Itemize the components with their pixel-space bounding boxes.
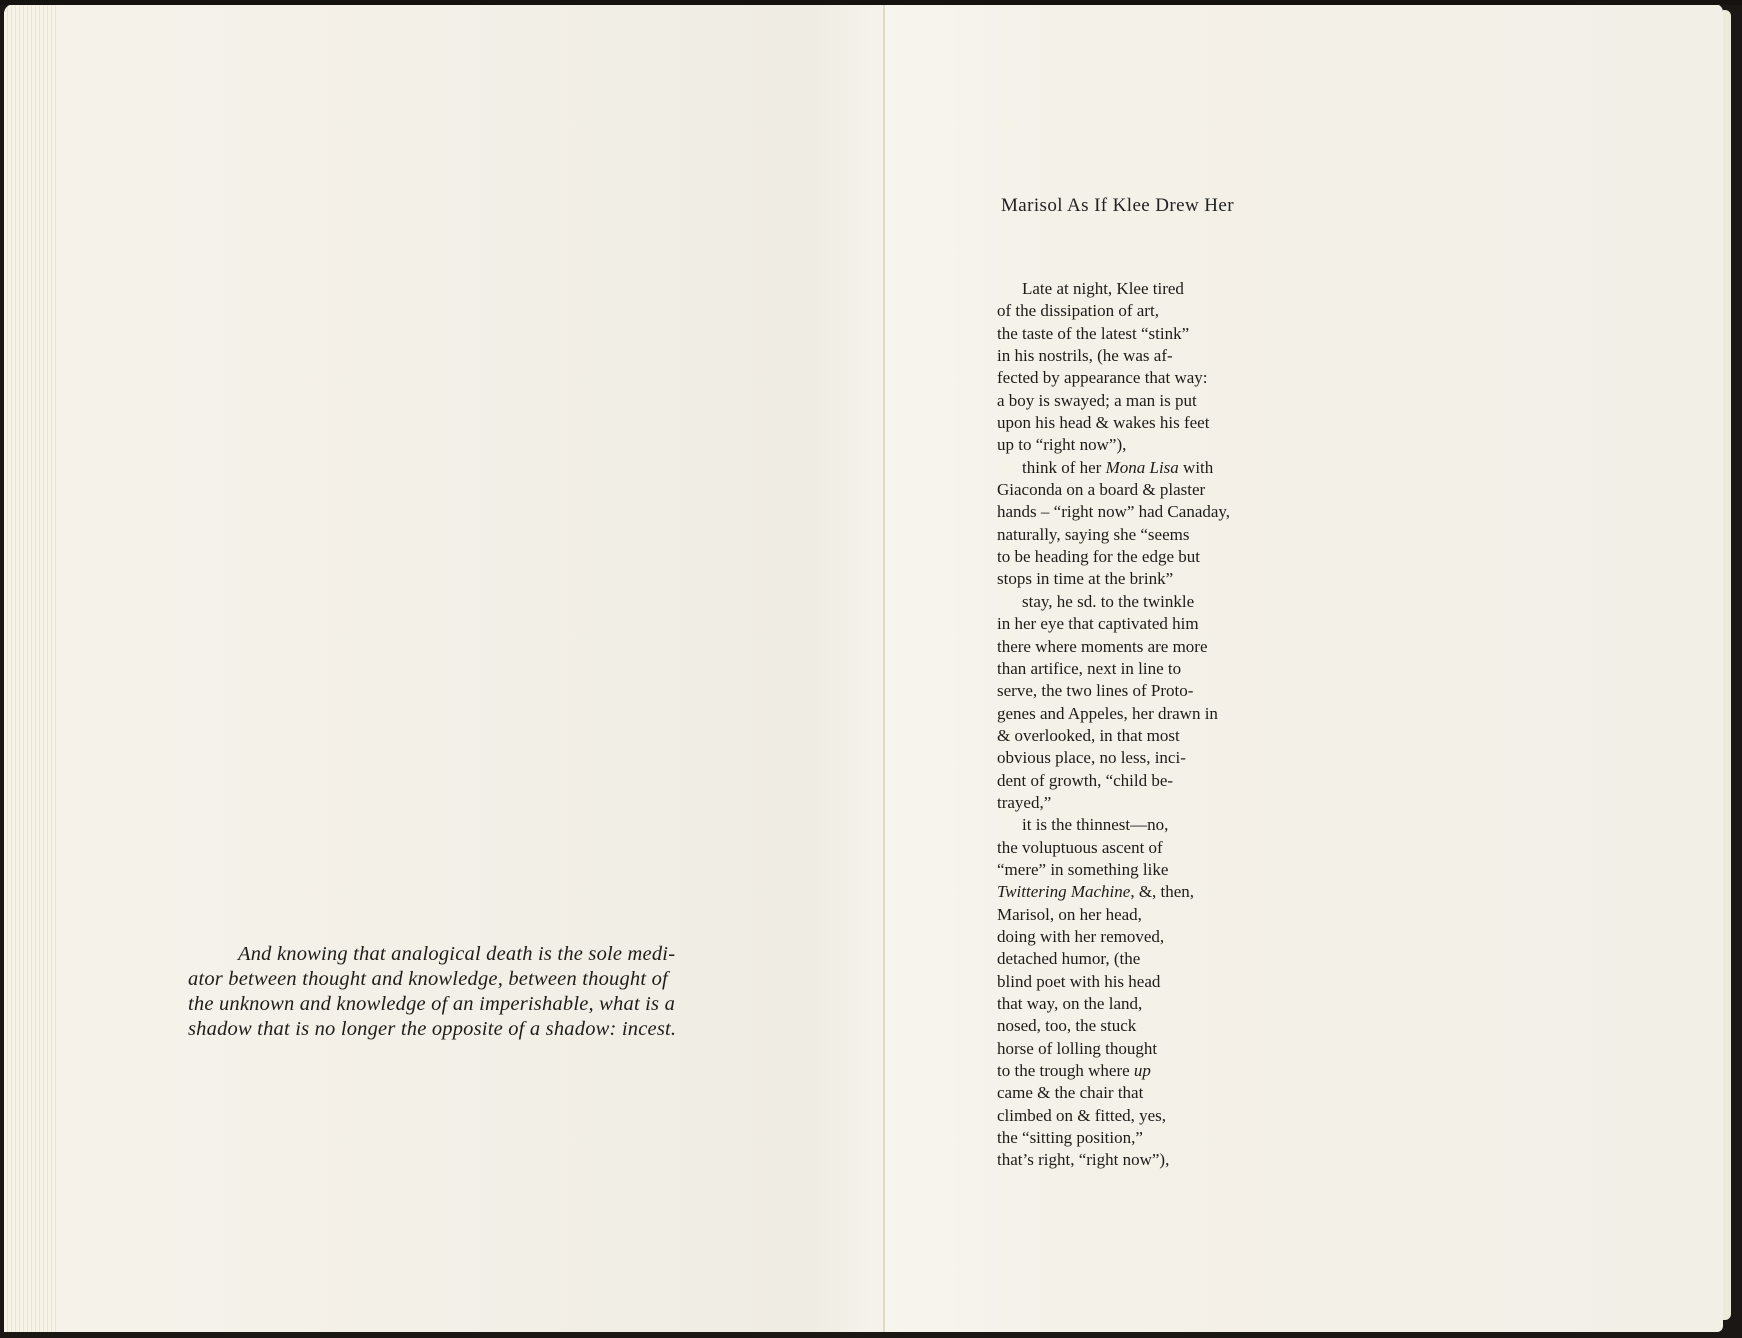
book-gutter — [883, 4, 885, 1332]
poem-line: detached humor, (the — [997, 948, 1317, 970]
poem-line: naturally, saying she “seems — [997, 524, 1317, 546]
poem-line: dent of growth, “child be- — [997, 770, 1317, 792]
poem-line: think of her Mona Lisa with — [997, 457, 1317, 479]
poem-line: horse of lolling thought — [997, 1038, 1317, 1060]
epigraph: And knowing that analogical death is the… — [188, 942, 768, 1042]
poem-line: obvious place, no less, inci- — [997, 747, 1317, 769]
poem-italic-title: up — [1134, 1061, 1151, 1080]
poem-line: than artifice, next in line to — [997, 658, 1317, 680]
poem-line: stops in time at the brink” — [997, 568, 1317, 590]
poem-line: that way, on the land, — [997, 993, 1317, 1015]
epigraph-line: the unknown and knowledge of an imperish… — [188, 992, 768, 1017]
poem-line: Marisol, on her head, — [997, 904, 1317, 926]
poem-line: of the dissipation of art, — [997, 300, 1317, 322]
poem-italic-title: Twittering Machine — [997, 882, 1130, 901]
book-spread: And knowing that analogical death is the… — [0, 0, 1742, 1338]
poem-line: it is the thinnest—no, — [997, 814, 1317, 836]
poem-line: the voluptuous ascent of — [997, 837, 1317, 859]
poem-line: up to “right now”), — [997, 434, 1317, 456]
poem-body: Late at night, Klee tiredof the dissipat… — [997, 278, 1317, 1172]
poem-title: Marisol As If Klee Drew Her — [1001, 195, 1234, 217]
poem-line: doing with her removed, — [997, 926, 1317, 948]
poem-line: stay, he sd. to the twinkle — [997, 591, 1317, 613]
poem-line: blind poet with his head — [997, 971, 1317, 993]
poem-line: Late at night, Klee tired — [997, 278, 1317, 300]
poem-line: the taste of the latest “stink” — [997, 323, 1317, 345]
poem-line: & overlooked, in that most — [997, 725, 1317, 747]
poem-line: upon his head & wakes his feet — [997, 412, 1317, 434]
poem-line: “mere” in something like — [997, 859, 1317, 881]
poem-line: hands – “right now” had Canaday, — [997, 501, 1317, 523]
bleed-through-right — [1400, 185, 1700, 1035]
poem-line: there where moments are more — [997, 636, 1317, 658]
top-shadow — [0, 0, 1742, 5]
poem-line: a boy is swayed; a man is put — [997, 390, 1317, 412]
poem-line: fected by appearance that way: — [997, 367, 1317, 389]
poem-line: trayed,” — [997, 792, 1317, 814]
poem-line: serve, the two lines of Proto- — [997, 680, 1317, 702]
poem-line: in her eye that captivated him — [997, 613, 1317, 635]
right-page-edges — [1723, 10, 1731, 1320]
poem-line: genes and Appeles, her drawn in — [997, 703, 1317, 725]
poem-line: that’s right, “right now”), — [997, 1149, 1317, 1171]
poem-line: to be heading for the edge but — [997, 546, 1317, 568]
poem-line: climbed on & fitted, yes, — [997, 1105, 1317, 1127]
poem-line: came & the chair that — [997, 1082, 1317, 1104]
epigraph-line: shadow that is no longer the opposite of… — [188, 1017, 768, 1042]
epigraph-line: ator between thought and knowledge, betw… — [188, 967, 768, 992]
poem-line: to the trough where up — [997, 1060, 1317, 1082]
poem-italic-title: Mona Lisa — [1106, 458, 1179, 477]
epigraph-line: And knowing that analogical death is the… — [188, 942, 768, 967]
poem-line: in his nostrils, (he was af- — [997, 345, 1317, 367]
poem-line: nosed, too, the stuck — [997, 1015, 1317, 1037]
poem-line: Giaconda on a board & plaster — [997, 479, 1317, 501]
poem-line: the “sitting position,” — [997, 1127, 1317, 1149]
poem-line: Twittering Machine, &, then, — [997, 881, 1317, 903]
left-page-edges — [4, 4, 56, 1332]
